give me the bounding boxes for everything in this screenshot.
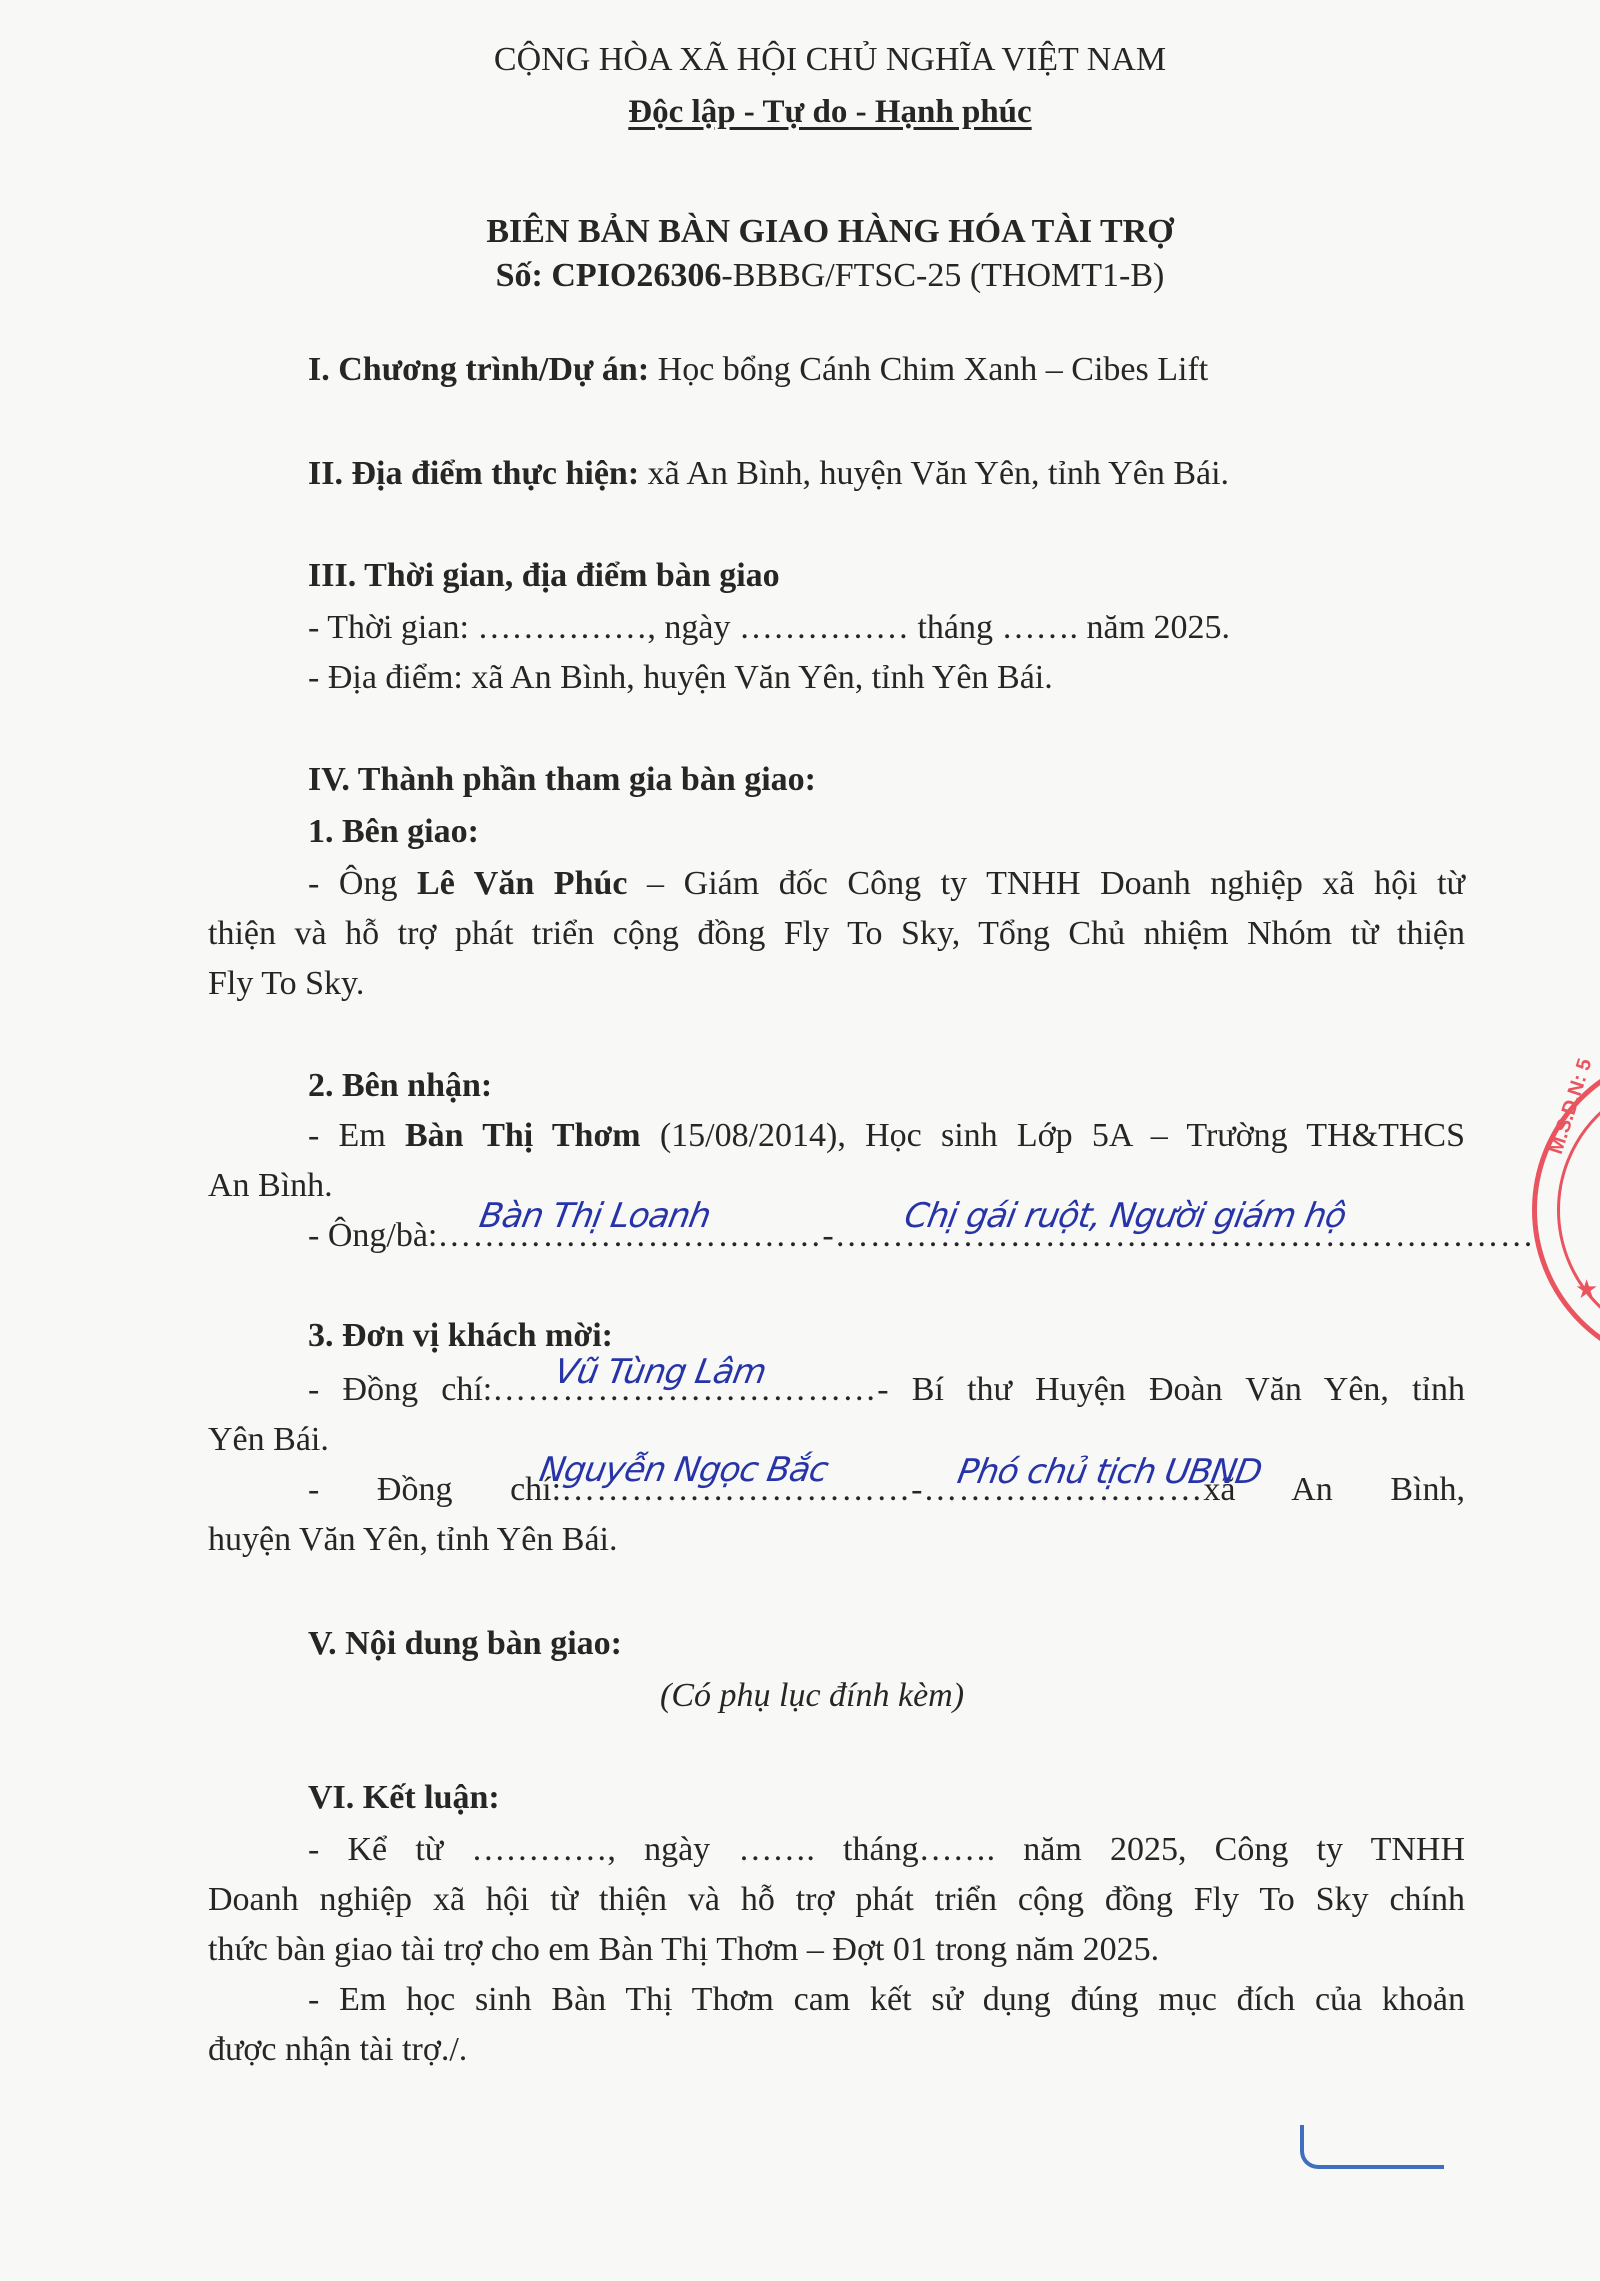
handover-place: - Địa điểm: xã An Bình, huyện Văn Yên, t… — [308, 658, 1053, 698]
number-suffix: -BBBG/FTSC-25 (THOMT1-B) — [721, 257, 1164, 294]
number-label: Số: — [496, 257, 552, 294]
section-location-value: xã An Bình, huyện Văn Yên, tỉnh Yên Bái. — [639, 455, 1229, 492]
giver-line-1: - Ông Lê Văn Phúc – Giám đốc Công ty TNH… — [308, 864, 1465, 904]
conclusion-para2-line2: được nhận tài trợ./. — [208, 2030, 467, 2070]
guest1-line-2: Yên Bái. — [208, 1420, 329, 1460]
receiver-prefix: - Em — [308, 1117, 405, 1154]
section-location: II. Địa điểm thực hiện: xã An Bình, huyệ… — [308, 454, 1229, 494]
handwritten-guest2-name: Nguyễn Ngọc Bắc — [536, 1450, 830, 1490]
section-program-value: Học bổng Cánh Chim Xanh – Cibes Lift — [649, 351, 1208, 388]
handwritten-guest1-name: Vũ Tùng Lâm — [551, 1352, 768, 1392]
section-conclusion-label: VI. Kết luận: — [308, 1778, 500, 1818]
appendix-note: (Có phụ lục đính kèm) — [660, 1676, 964, 1716]
guests-label: 3. Đơn vị khách mời: — [308, 1316, 613, 1356]
conclusion-para1-line1: - Kể từ …………, ngày ……. tháng……. năm 2025… — [308, 1830, 1465, 1870]
document-number: Số: CPIO26306-BBBG/FTSC-25 (THOMT1-B) — [0, 256, 1600, 296]
receiver-name: Bàn Thị Thơm — [405, 1117, 641, 1154]
receiver-details: (15/08/2014), Học sinh Lớp 5A – Trường T… — [641, 1117, 1465, 1154]
motto: Độc lập - Tự do - Hạnh phúc — [0, 92, 1600, 132]
giver-name: Lê Văn Phúc — [417, 865, 627, 902]
section-program: I. Chương trình/Dự án: Học bổng Cánh Chi… — [308, 350, 1208, 390]
section-content-label: V. Nội dung bàn giao: — [308, 1624, 622, 1664]
guest1-line-1: - Đồng chí:……………………………- Bí thư Huyện Đoà… — [308, 1370, 1465, 1410]
receiver-line-2: An Bình. — [208, 1166, 333, 1206]
section-location-label: II. Địa điểm thực hiện: — [308, 455, 639, 492]
giver-prefix: - Ông — [308, 865, 417, 902]
guest2-line-2: huyện Văn Yên, tỉnh Yên Bái. — [208, 1520, 618, 1560]
section-participants-label: IV. Thành phần tham gia bàn giao: — [308, 760, 816, 800]
conclusion-para1-line2: Doanh nghiệp xã hội từ thiện và hỗ trợ p… — [208, 1880, 1465, 1920]
handwritten-guest2-role: Phó chủ tịch UBND — [954, 1452, 1264, 1492]
guest2-line-1: - Đồng chí:…………………………-……………………xã An Bình… — [308, 1470, 1465, 1510]
giver-role: – Giám đốc Công ty TNHH Doanh nghiệp xã … — [627, 865, 1465, 902]
guest1-role: - Bí thư Huyện Đoàn Văn Yên, tỉnh — [877, 1371, 1465, 1408]
nation-header: CỘNG HÒA XÃ HỘI CHỦ NGHĨA VIỆT NAM — [0, 40, 1600, 80]
conclusion-para1-line3: thức bàn giao tài trợ cho em Bàn Thị Thơ… — [208, 1930, 1159, 1970]
star-icon: ★ — [1575, 1275, 1598, 1305]
handwritten-guardian-name: Bàn Thị Loanh — [476, 1196, 713, 1236]
giver-label: 1. Bên giao: — [308, 812, 479, 852]
handwritten-guardian-role: Chị gái ruột, Người giám hộ — [901, 1196, 1348, 1236]
document-title: BIÊN BẢN BÀN GIAO HÀNG HÓA TÀI TRỢ — [0, 212, 1600, 252]
receiver-line-1: - Em Bàn Thị Thơm (15/08/2014), Học sinh… — [308, 1116, 1465, 1156]
number-code: CPIO26306 — [551, 257, 721, 294]
handover-time: - Thời gian: ……………, ngày …………… tháng …….… — [308, 608, 1230, 648]
giver-line-3: Fly To Sky. — [208, 964, 364, 1004]
receiver-label: 2. Bên nhận: — [308, 1066, 492, 1106]
red-seal-stamp: M.S.D.N: 5 ★ — [1532, 1050, 1600, 1370]
guest2-prefix: - Đồng chí: — [308, 1471, 561, 1508]
guest1-prefix: - Đồng chí: — [308, 1371, 492, 1408]
guardian-prefix: - Ông/bà: — [308, 1217, 437, 1254]
giver-line-2: thiện và hỗ trợ phát triển cộng đồng Fly… — [208, 914, 1465, 954]
section-time-place-label: III. Thời gian, địa điểm bàn giao — [308, 556, 780, 596]
document-page: CỘNG HÒA XÃ HỘI CHỦ NGHĨA VIỆT NAM Độc l… — [0, 0, 1600, 2281]
section-program-label: I. Chương trình/Dự án: — [308, 351, 649, 388]
conclusion-para2-line1: - Em học sinh Bàn Thị Thơm cam kết sử dụ… — [308, 1980, 1465, 2020]
signature-mark — [1300, 2125, 1444, 2169]
